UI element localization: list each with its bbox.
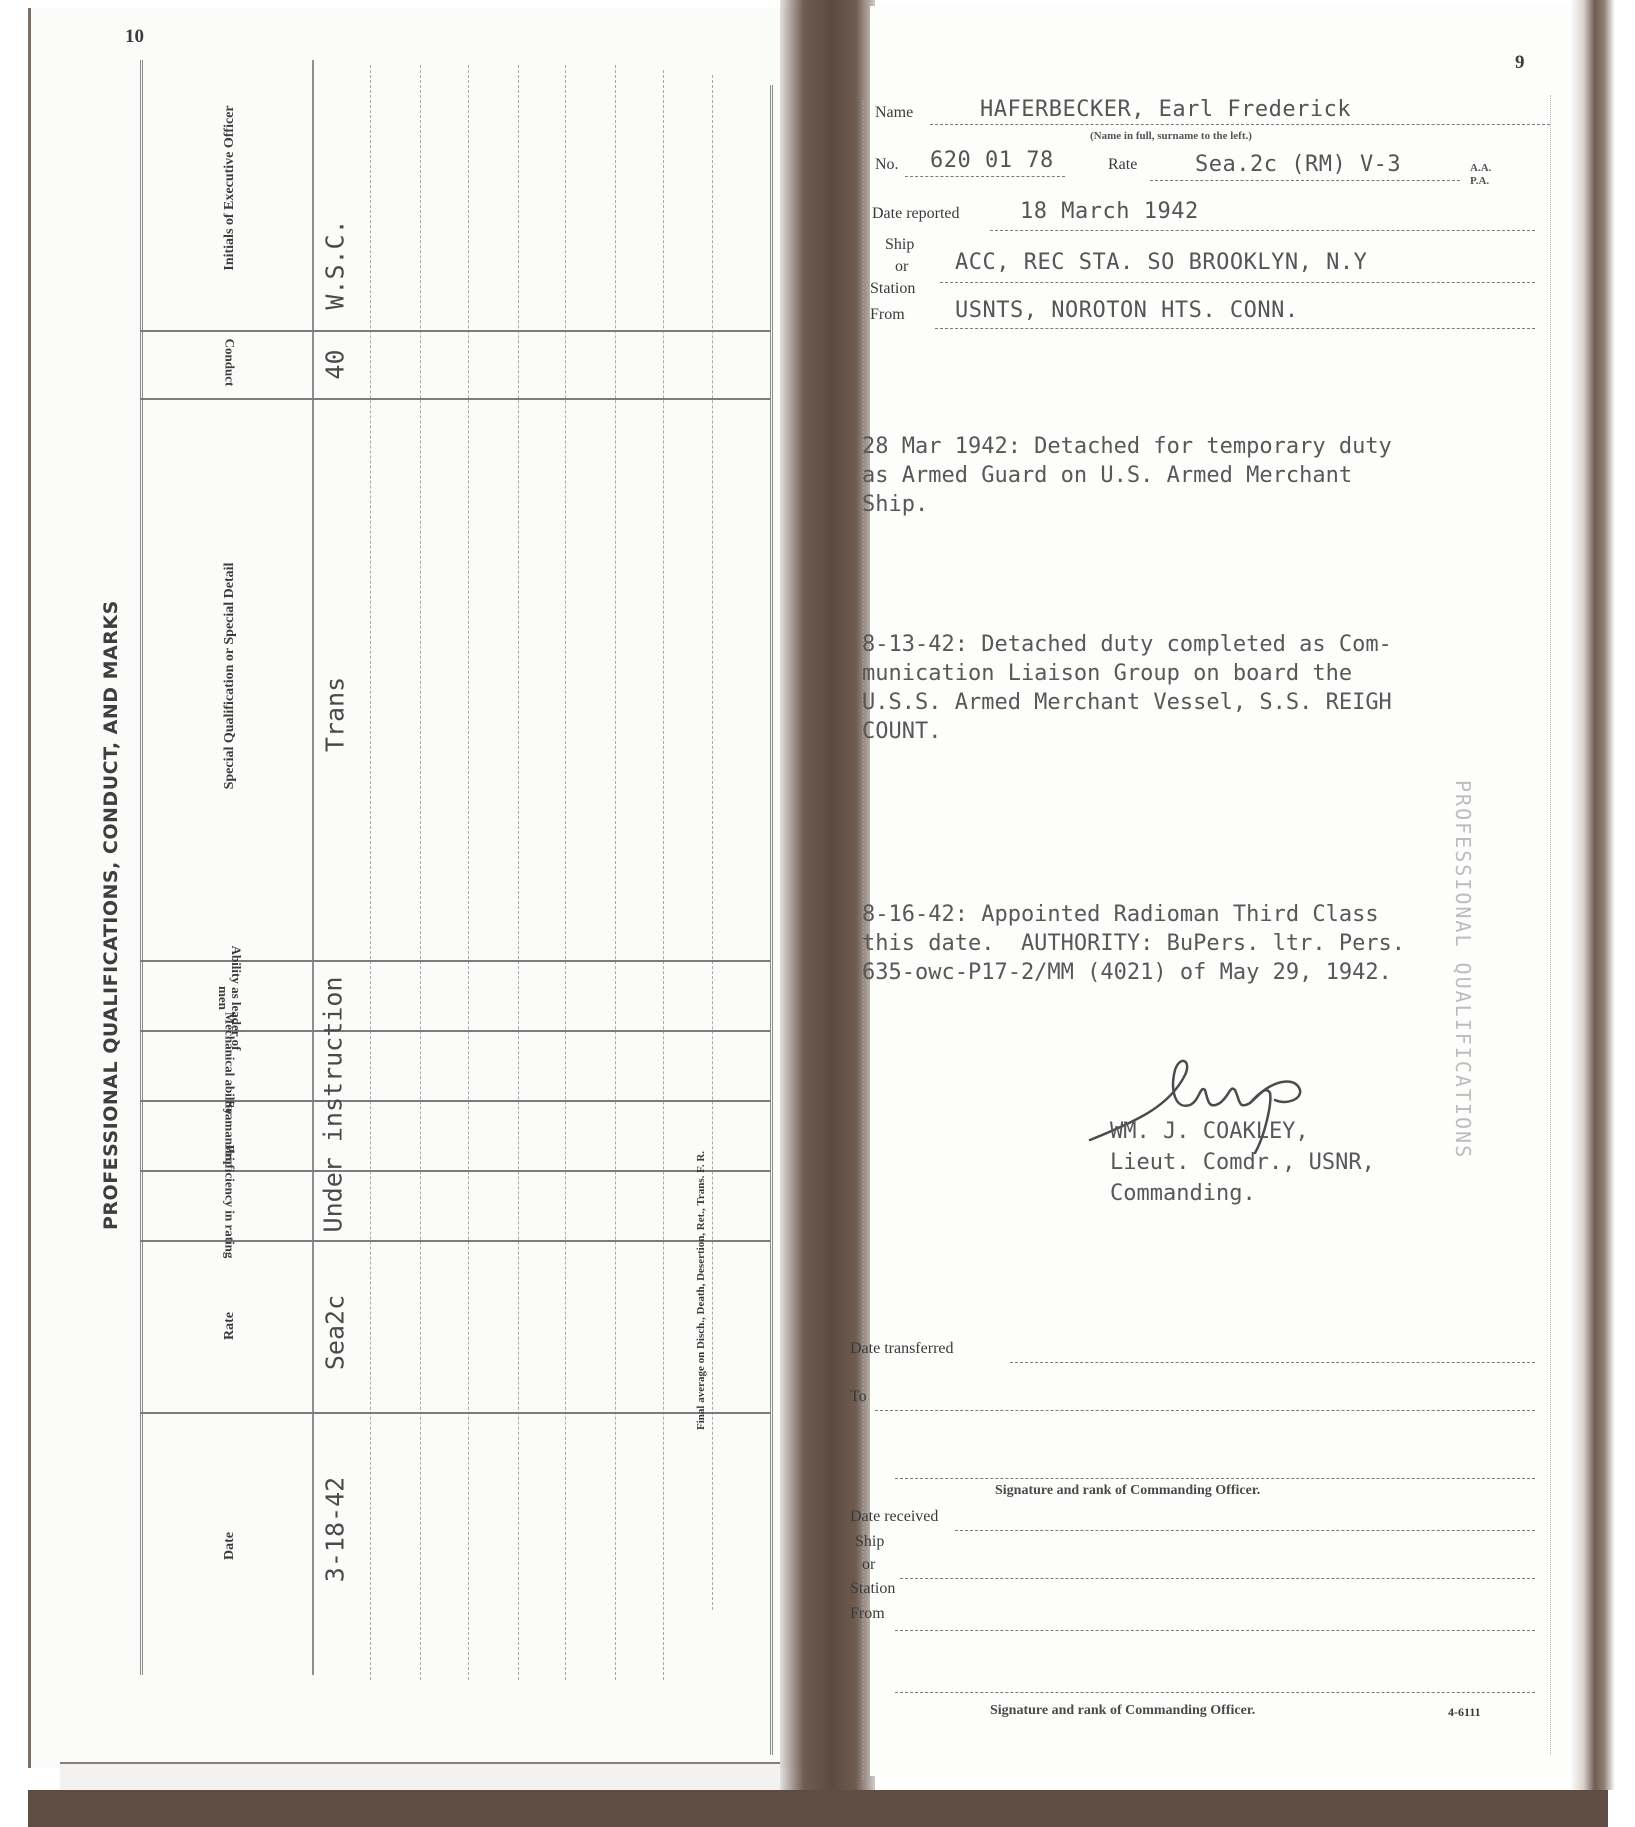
date-reported-value: 18 March 1942 bbox=[1020, 199, 1199, 224]
from-label: From bbox=[870, 306, 905, 324]
service-number-label: No. bbox=[875, 156, 899, 174]
date-transferred-line bbox=[1010, 1362, 1535, 1363]
ship2-label: Ship bbox=[855, 1533, 884, 1551]
name-label: Name bbox=[875, 104, 913, 122]
name-line bbox=[930, 124, 1550, 125]
from2-line bbox=[895, 1630, 1535, 1631]
transfer-signature-caption: Signature and rank of Commanding Officer… bbox=[995, 1483, 1260, 1499]
cell-conduct: 40 bbox=[321, 335, 350, 395]
header-date: Date bbox=[222, 1506, 238, 1586]
cell-date: 3-18-42 bbox=[321, 1465, 350, 1595]
rate-option-aa: A.A. bbox=[1470, 162, 1491, 174]
signatory-block: WM. J. COAKLEY, Lieut. Comdr., USNR, Com… bbox=[1110, 1116, 1375, 1209]
cell-marks: Under instruction bbox=[319, 965, 348, 1245]
to-label: To bbox=[850, 1388, 867, 1406]
station-label: Station bbox=[870, 280, 915, 298]
rate-label: Rate bbox=[1108, 156, 1137, 174]
table-column-line bbox=[663, 70, 664, 1680]
right-page-outer-line bbox=[1550, 95, 1551, 1755]
table-column-line bbox=[615, 65, 616, 1680]
signatory-rank: Lieut. Comdr., USNR, bbox=[1110, 1147, 1375, 1178]
cell-rate: Sea2c bbox=[321, 1283, 350, 1383]
from2-label: From bbox=[850, 1605, 885, 1623]
record-entry: 8-16-42: Appointed Radioman Third Class … bbox=[862, 900, 1532, 987]
ship-label: Ship bbox=[885, 236, 914, 254]
date-received-label: Date received bbox=[850, 1508, 938, 1526]
ship-station-value: ACC, REC STA. SO BROOKLYN, N.Y bbox=[955, 250, 1367, 275]
table-column-line bbox=[518, 65, 519, 1680]
left-page-number: 10 bbox=[125, 26, 144, 48]
book-spine bbox=[780, 0, 875, 1827]
date-received-line bbox=[955, 1530, 1535, 1531]
received-signature-caption: Signature and rank of Commanding Officer… bbox=[990, 1703, 1255, 1719]
record-entry: 28 Mar 1942: Detached for temporary duty… bbox=[862, 432, 1532, 519]
book-cover-edge bbox=[28, 1790, 1608, 1827]
header-proficiency: Proficiency in rating bbox=[224, 1142, 237, 1262]
received-signature-line bbox=[895, 1692, 1535, 1693]
table-header-divider bbox=[312, 60, 314, 1675]
header-conduct: Conduct bbox=[224, 313, 237, 413]
name-value: HAFERBECKER, Earl Frederick bbox=[980, 97, 1351, 122]
record-entry: 8-13-42: Detached duty completed as Com-… bbox=[862, 630, 1532, 746]
cell-special: Trans bbox=[321, 665, 350, 765]
table-border-right bbox=[770, 85, 773, 1755]
or2-label: or bbox=[862, 1556, 875, 1574]
table-column-line bbox=[565, 65, 566, 1680]
from-value: USNTS, NOROTON HTS. CONN. bbox=[955, 298, 1299, 323]
page-right-edge bbox=[1570, 0, 1615, 1790]
transfer-signature-line bbox=[895, 1478, 1535, 1479]
rate-value: Sea.2c (RM) V-3 bbox=[1195, 152, 1401, 177]
table-column-line bbox=[370, 65, 371, 1680]
header-rate: Rate bbox=[222, 1286, 238, 1366]
faded-stamp-text: PROFESSIONAL QUALIFICATIONS bbox=[1451, 780, 1475, 1159]
rate-line bbox=[1150, 180, 1460, 181]
header-special-qualification: Special Qualification or Special Detail bbox=[222, 526, 238, 826]
form-code: 4-6111 bbox=[1448, 1705, 1481, 1720]
service-number-line bbox=[905, 176, 1065, 177]
ship2-station-line bbox=[900, 1578, 1535, 1579]
from-line bbox=[935, 328, 1535, 329]
rate-option-pa: P.A. bbox=[1470, 175, 1489, 187]
table-column-line bbox=[420, 65, 421, 1680]
row-divider-rate-date bbox=[140, 1412, 770, 1414]
date-reported-line bbox=[990, 230, 1535, 231]
table-column-line bbox=[712, 75, 713, 1610]
header-initials: Initials of Executive Officer bbox=[222, 88, 238, 288]
table-border-left bbox=[140, 60, 143, 1675]
date-reported-label: Date reported bbox=[872, 205, 960, 223]
signatory-name: WM. J. COAKLEY, bbox=[1110, 1116, 1375, 1147]
left-page-title: PROFESSIONAL QUALIFICATIONS, CONDUCT, AN… bbox=[100, 490, 122, 1230]
date-transferred-label: Date transferred bbox=[850, 1340, 954, 1358]
cell-initials: W.S.C. bbox=[321, 185, 350, 345]
service-number-value: 620 01 78 bbox=[930, 148, 1054, 173]
to-line bbox=[875, 1410, 1535, 1411]
signatory-role: Commanding. bbox=[1110, 1178, 1375, 1209]
right-page-number: 9 bbox=[1515, 52, 1525, 74]
or-label: or bbox=[895, 258, 908, 276]
table-footnote: Final average on Disch., Death, Desertio… bbox=[695, 1270, 707, 1430]
ship-station-line bbox=[940, 282, 1535, 283]
table-column-line bbox=[468, 65, 469, 1680]
name-hint: (Name in full, surname to the left.) bbox=[1090, 130, 1252, 142]
station2-label: Station bbox=[850, 1580, 895, 1598]
